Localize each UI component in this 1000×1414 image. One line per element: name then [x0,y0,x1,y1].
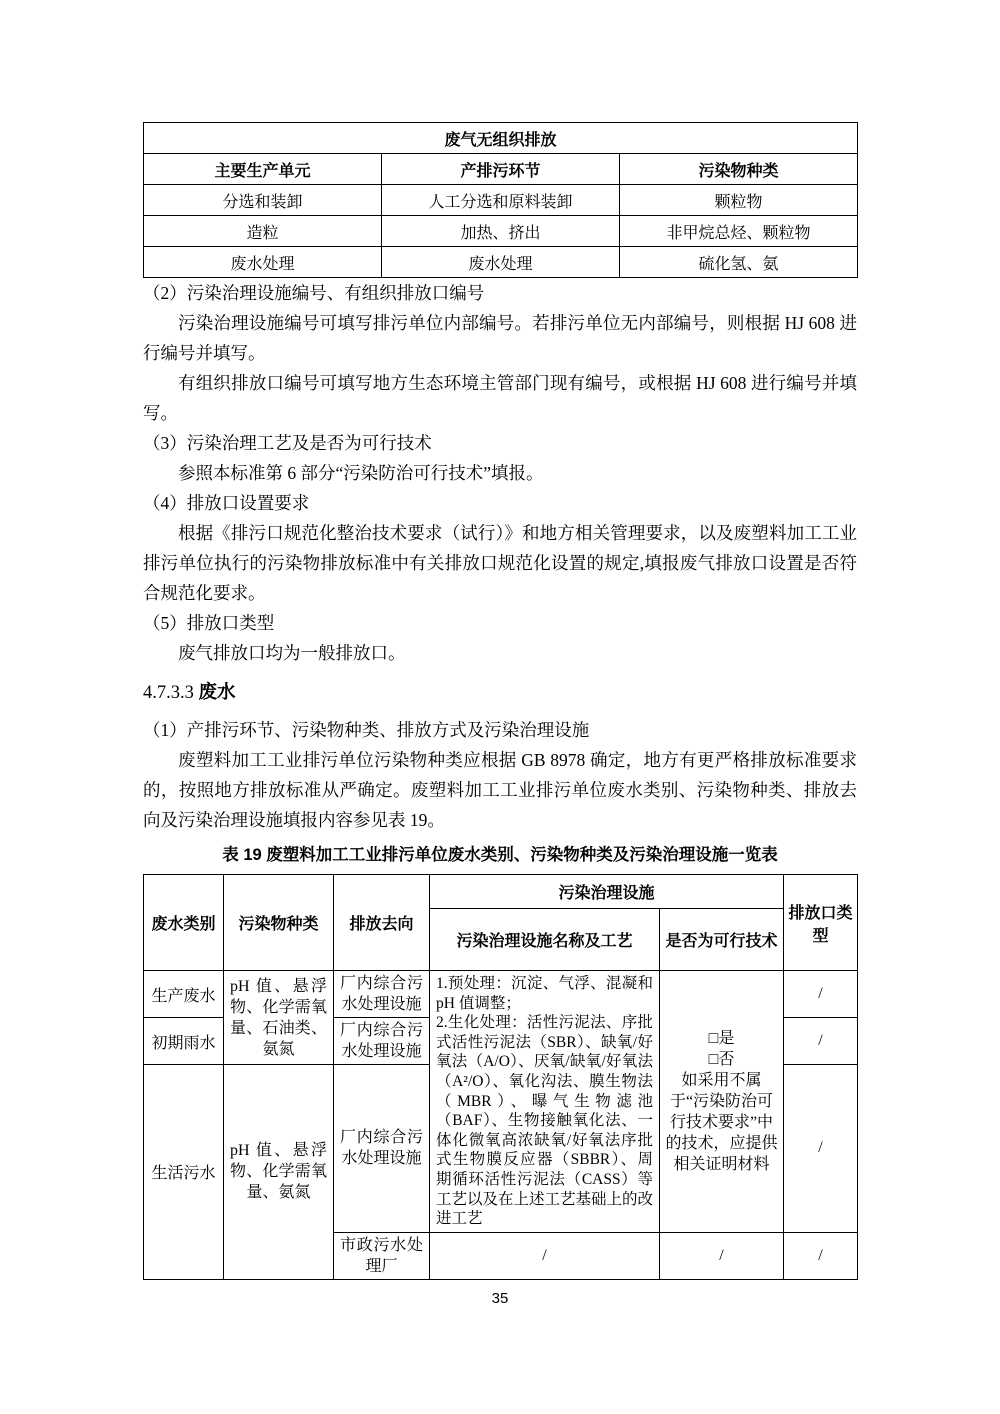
cell-destination: 厂内综合污水处理设施 [334,971,430,1018]
cell-pollutant: 硫化氢、氨 [620,247,858,278]
wastewater-table: 废水类别 污染物种类 排放去向 污染治理设施 排放口类型 污染治理设施名称及工艺… [143,874,858,1280]
cell-process: 人工分选和原料装卸 [382,185,620,216]
cell-outlet-type: / [784,1232,858,1279]
paragraph: 废气排放口均为一般排放口。 [143,638,857,668]
section-heading: 4.7.3.3 废水 [143,678,857,707]
ww-header-facility: 污染治理设施名称及工艺 [430,909,660,971]
table-caption: 表 19 废塑料加工工业排污单位废水类别、污染物种类及污染治理设施一览表 [143,841,857,869]
checkbox-yes: □是 [665,1028,778,1049]
table-row: 造粒 加热、挤出 非甲烷总烃、颗粒物 [144,216,858,247]
cell-facility-process: 1.预处理：沉淀、气浮、混凝和 pH 值调整； 2.生化处理：活性污泥法、序批式… [430,971,660,1233]
list-item-5: （5）排放口类型 [143,608,857,638]
gas-emission-table: 废气无组织排放 主要生产单元 产排污环节 污染物种类 分选和装卸 人工分选和原料… [143,122,858,278]
table-row: 废水处理 废水处理 硫化氢、氨 [144,247,858,278]
facility-step-1: 1.预处理：沉淀、气浮、混凝和 pH 值调整； [436,974,653,1013]
cell-wastewater-type: 初期雨水 [144,1018,224,1065]
gas-table-header-pollutant: 污染物种类 [620,154,858,185]
ww-header-treatment-group: 污染治理设施 [430,875,784,909]
cell-process: 废水处理 [382,247,620,278]
body-text: （1）产排污环节、污染物种类、排放方式及污染治理设施 废塑料加工工业排污单位污染… [143,715,857,835]
list-item-1: （1）产排污环节、污染物种类、排放方式及污染治理设施 [143,715,857,745]
table-row: 分选和装卸 人工分选和原料装卸 颗粒物 [144,185,858,216]
feasible-note: 如采用不属于“污染防治可行技术要求”中的技术，应提供相关证明材料 [665,1070,778,1175]
document-page: 废气无组织排放 主要生产单元 产排污环节 污染物种类 分选和装卸 人工分选和原料… [0,0,1000,1414]
paragraph: 污染治理设施编号可填写排污单位内部编号。若排污单位无内部编号，则根据 HJ 60… [143,308,857,368]
checkbox-no: □否 [665,1049,778,1070]
cell-facility-process: / [430,1232,660,1279]
cell-pollutant: 颗粒物 [620,185,858,216]
cell-wastewater-type: 生产废水 [144,971,224,1018]
paragraph: 参照本标准第 6 部分“污染防治可行技术”填报。 [143,458,857,488]
cell-outlet-type: / [784,1065,858,1233]
cell-process: 加热、挤出 [382,216,620,247]
cell-feasible-tech: / [660,1232,784,1279]
gas-table-header-unit: 主要生产单元 [144,154,382,185]
cell-pollutant: 非甲烷总烃、颗粒物 [620,216,858,247]
ww-header-outlet: 排放口类型 [784,875,858,971]
ww-header-pollutant: 污染物种类 [224,875,334,971]
page-number: 35 [0,1290,1000,1307]
ww-header-type: 废水类别 [144,875,224,971]
cell-outlet-type: / [784,971,858,1018]
body-text: （2）污染治理设施编号、有组织排放口编号 污染治理设施编号可填写排污单位内部编号… [143,278,857,668]
table-row: 生产废水 pH 值、悬浮物、化学需氧量、石油类、氨氮 厂内综合污水处理设施 1.… [144,971,858,1018]
ww-header-destination: 排放去向 [334,875,430,971]
gas-table-title: 废气无组织排放 [144,123,858,154]
list-item-4: （4）排放口设置要求 [143,488,857,518]
cell-destination: 厂内综合污水处理设施 [334,1065,430,1233]
cell-wastewater-type: 生活污水 [144,1065,224,1280]
list-item-2: （2）污染治理设施编号、有组织排放口编号 [143,278,857,308]
cell-unit: 分选和装卸 [144,185,382,216]
cell-outlet-type: / [784,1018,858,1065]
paragraph: 根据《排污口规范化整治技术要求（试行）》和地方相关管理要求，以及废塑料加工工业排… [143,518,857,608]
ww-header-feasible: 是否为可行技术 [660,909,784,971]
cell-destination: 市政污水处理厂 [334,1232,430,1279]
cell-feasible-tech: □是 □否 如采用不属于“污染防治可行技术要求”中的技术，应提供相关证明材料 [660,971,784,1233]
facility-step-2: 2.生化处理：活性污泥法、序批式活性污泥法（SBR）、缺氧/好氧法（A/O）、厌… [436,1013,653,1229]
cell-unit: 废水处理 [144,247,382,278]
cell-destination: 厂内综合污水处理设施 [334,1018,430,1065]
section-title: 废水 [199,681,236,702]
list-item-3: （3）污染治理工艺及是否为可行技术 [143,428,857,458]
page-content: 废气无组织排放 主要生产单元 产排污环节 污染物种类 分选和装卸 人工分选和原料… [143,122,857,1280]
cell-pollutants: pH 值、悬浮物、化学需氧量、石油类、氨氮 [224,971,334,1065]
cell-pollutants: pH 值、悬浮物、化学需氧量、氨氮 [224,1065,334,1280]
paragraph: 废塑料加工工业排污单位污染物种类应根据 GB 8978 确定，地方有更严格排放标… [143,745,857,835]
cell-unit: 造粒 [144,216,382,247]
gas-table-header-process: 产排污环节 [382,154,620,185]
paragraph: 有组织排放口编号可填写地方生态环境主管部门现有编号，或根据 HJ 608 进行编… [143,368,857,428]
section-number: 4.7.3.3 [143,683,194,703]
